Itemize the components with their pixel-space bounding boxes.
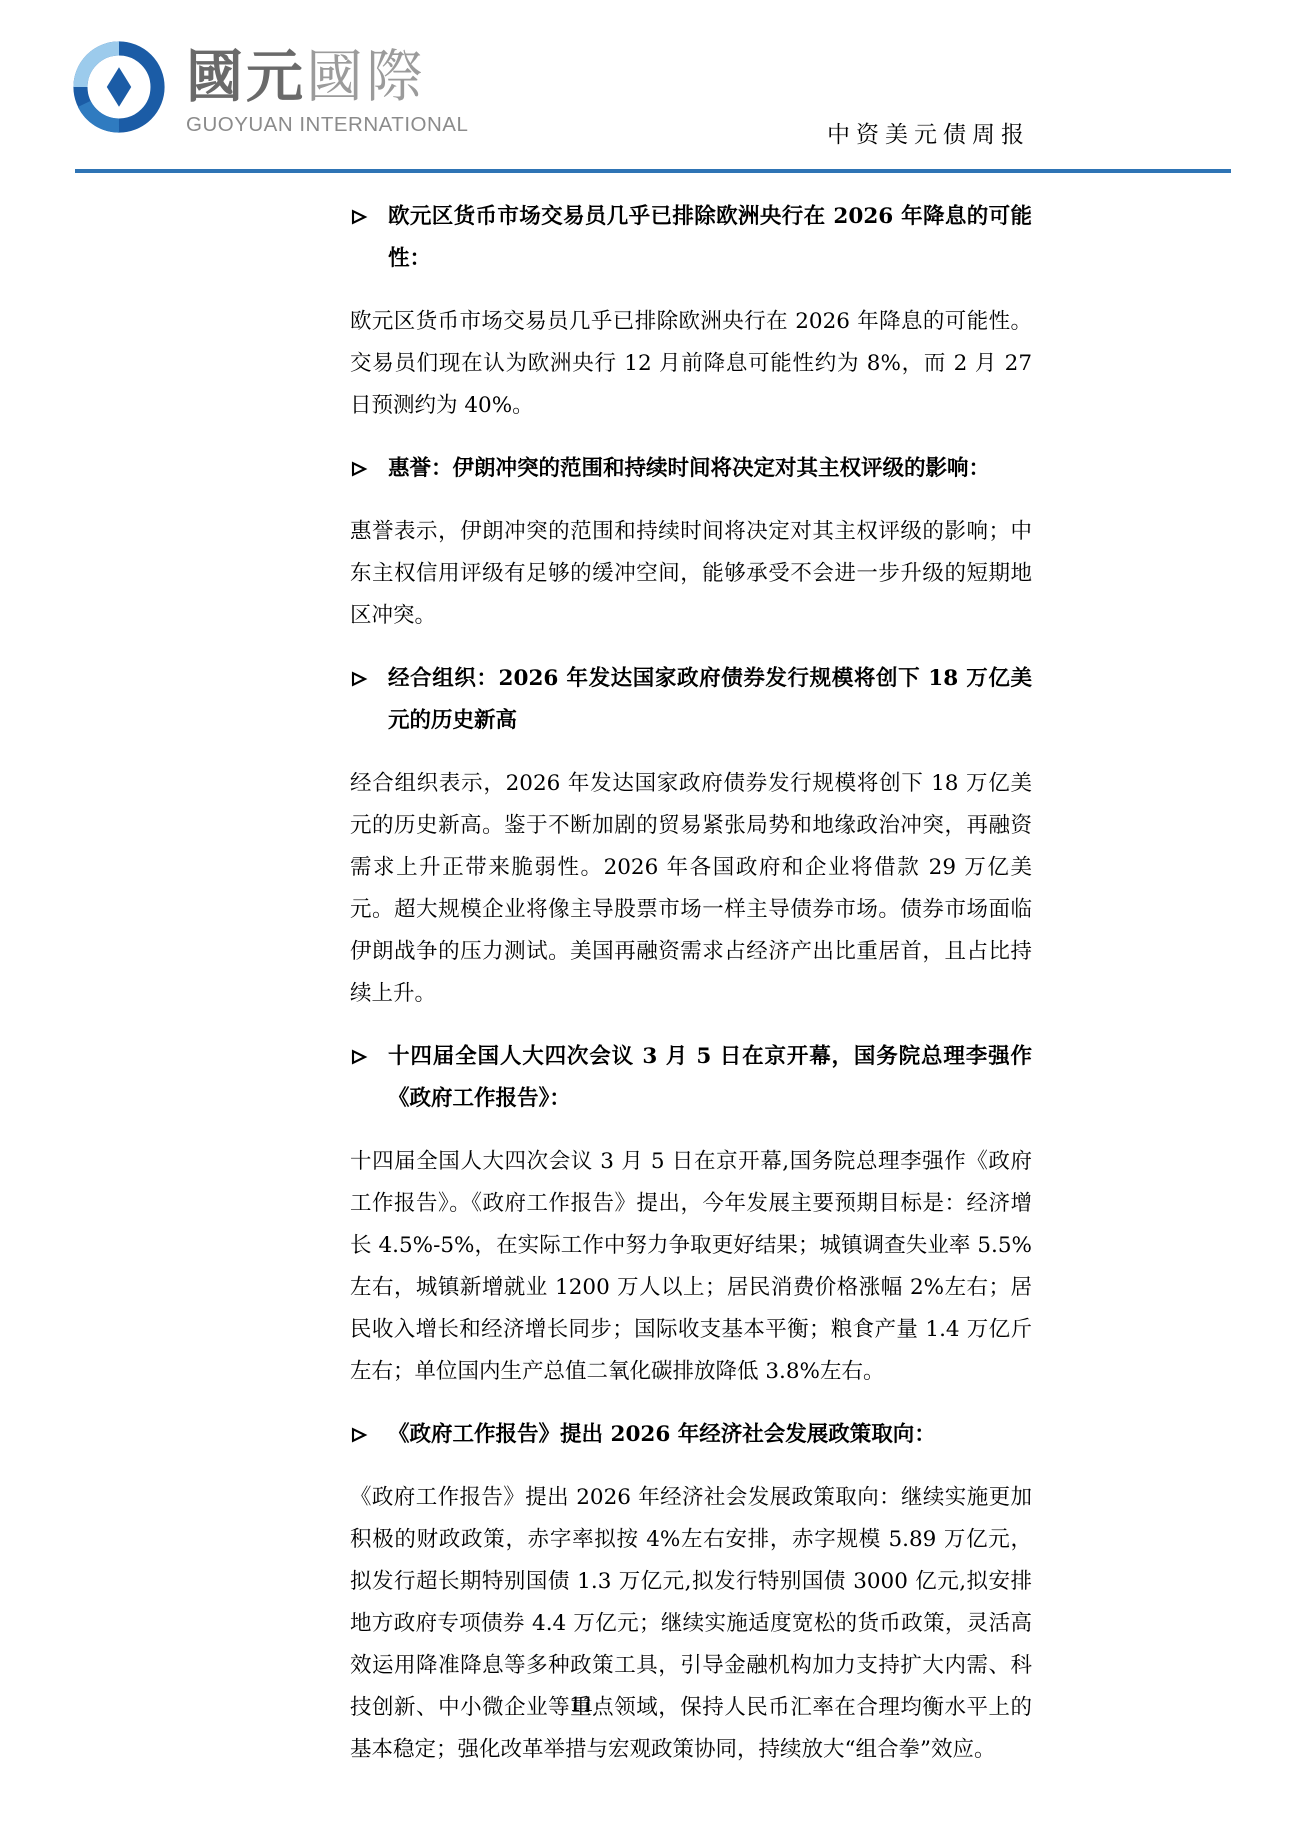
section-heading: 惠誉：伊朗冲突的范围和持续时间将决定对其主权评级的影响： <box>350 448 1032 490</box>
header-rule-divider <box>75 169 1231 173</box>
section-heading: 欧元区货币市场交易员几乎已排除欧洲央行在 2026 年降息的可能性： <box>350 196 1032 280</box>
report-section: 十四届全国人大四次会议 3 月 5 日在京开幕，国务院总理李强作《政府工作报告》… <box>350 1036 1032 1393</box>
section-heading: 《政府工作报告》提出 2026 年经济社会发展政策取向： <box>350 1414 1032 1456</box>
section-heading-text: 欧元区货币市场交易员几乎已排除欧洲央行在 2026 年降息的可能性： <box>388 196 1032 280</box>
logo-en: GUOYUAN INTERNATIONAL <box>186 113 468 137</box>
header-logo: 國元國際 GUOYUAN INTERNATIONAL <box>72 40 468 137</box>
section-body: 经合组织表示，2026 年发达国家政府债券发行规模将创下 18 万亿美元的历史新… <box>350 763 1032 1015</box>
logo-cn: 國元國際 <box>186 48 468 108</box>
page-number: 11 <box>560 1692 604 1716</box>
bullet-arrow-icon <box>350 448 388 478</box>
bullet-arrow-icon <box>350 1414 388 1444</box>
section-heading: 十四届全国人大四次会议 3 月 5 日在京开幕，国务院总理李强作《政府工作报告》… <box>350 1036 1032 1120</box>
section-heading-text: 惠誉：伊朗冲突的范围和持续时间将决定对其主权评级的影响： <box>388 448 1032 490</box>
section-body: 欧元区货币市场交易员几乎已排除欧洲央行在 2026 年降息的可能性。交易员们现在… <box>350 301 1032 427</box>
section-body: 十四届全国人大四次会议 3 月 5 日在京开幕,国务院总理李强作《政府工作报告》… <box>350 1141 1032 1393</box>
report-section: 《政府工作报告》提出 2026 年经济社会发展政策取向： 《政府工作报告》提出 … <box>350 1414 1032 1771</box>
bullet-arrow-icon <box>350 1036 388 1066</box>
logo-cn-primary: 國元 <box>186 45 306 109</box>
bullet-arrow-icon <box>350 658 388 688</box>
report-type-label: 中资美元债周报 <box>827 116 1030 149</box>
section-heading-text: 十四届全国人大四次会议 3 月 5 日在京开幕，国务院总理李强作《政府工作报告》… <box>388 1036 1032 1120</box>
report-section: 惠誉：伊朗冲突的范围和持续时间将决定对其主权评级的影响： 惠誉表示，伊朗冲突的范… <box>350 448 1032 637</box>
report-section: 欧元区货币市场交易员几乎已排除欧洲央行在 2026 年降息的可能性： 欧元区货币… <box>350 196 1032 427</box>
guoyuan-emblem-icon <box>72 40 166 134</box>
section-heading: 经合组织：2026 年发达国家政府债券发行规模将创下 18 万亿美元的历史新高 <box>350 658 1032 742</box>
section-body: 惠誉表示，伊朗冲突的范围和持续时间将决定对其主权评级的影响；中东主权信用评级有足… <box>350 511 1032 637</box>
bullet-arrow-icon <box>350 196 388 226</box>
section-body: 《政府工作报告》提出 2026 年经济社会发展政策取向：继续实施更加积极的财政政… <box>350 1477 1032 1771</box>
logo-text: 國元國際 GUOYUAN INTERNATIONAL <box>186 40 468 137</box>
content-sections: 欧元区货币市场交易员几乎已排除欧洲央行在 2026 年降息的可能性： 欧元区货币… <box>350 196 1032 1792</box>
logo-cn-secondary: 國際 <box>306 45 426 109</box>
report-page: 國元國際 GUOYUAN INTERNATIONAL 中资美元债周报 欧元区货币… <box>0 0 1306 1847</box>
section-heading-text: 《政府工作报告》提出 2026 年经济社会发展政策取向： <box>388 1414 1032 1456</box>
section-heading-text: 经合组织：2026 年发达国家政府债券发行规模将创下 18 万亿美元的历史新高 <box>388 658 1032 742</box>
report-section: 经合组织：2026 年发达国家政府债券发行规模将创下 18 万亿美元的历史新高 … <box>350 658 1032 1015</box>
